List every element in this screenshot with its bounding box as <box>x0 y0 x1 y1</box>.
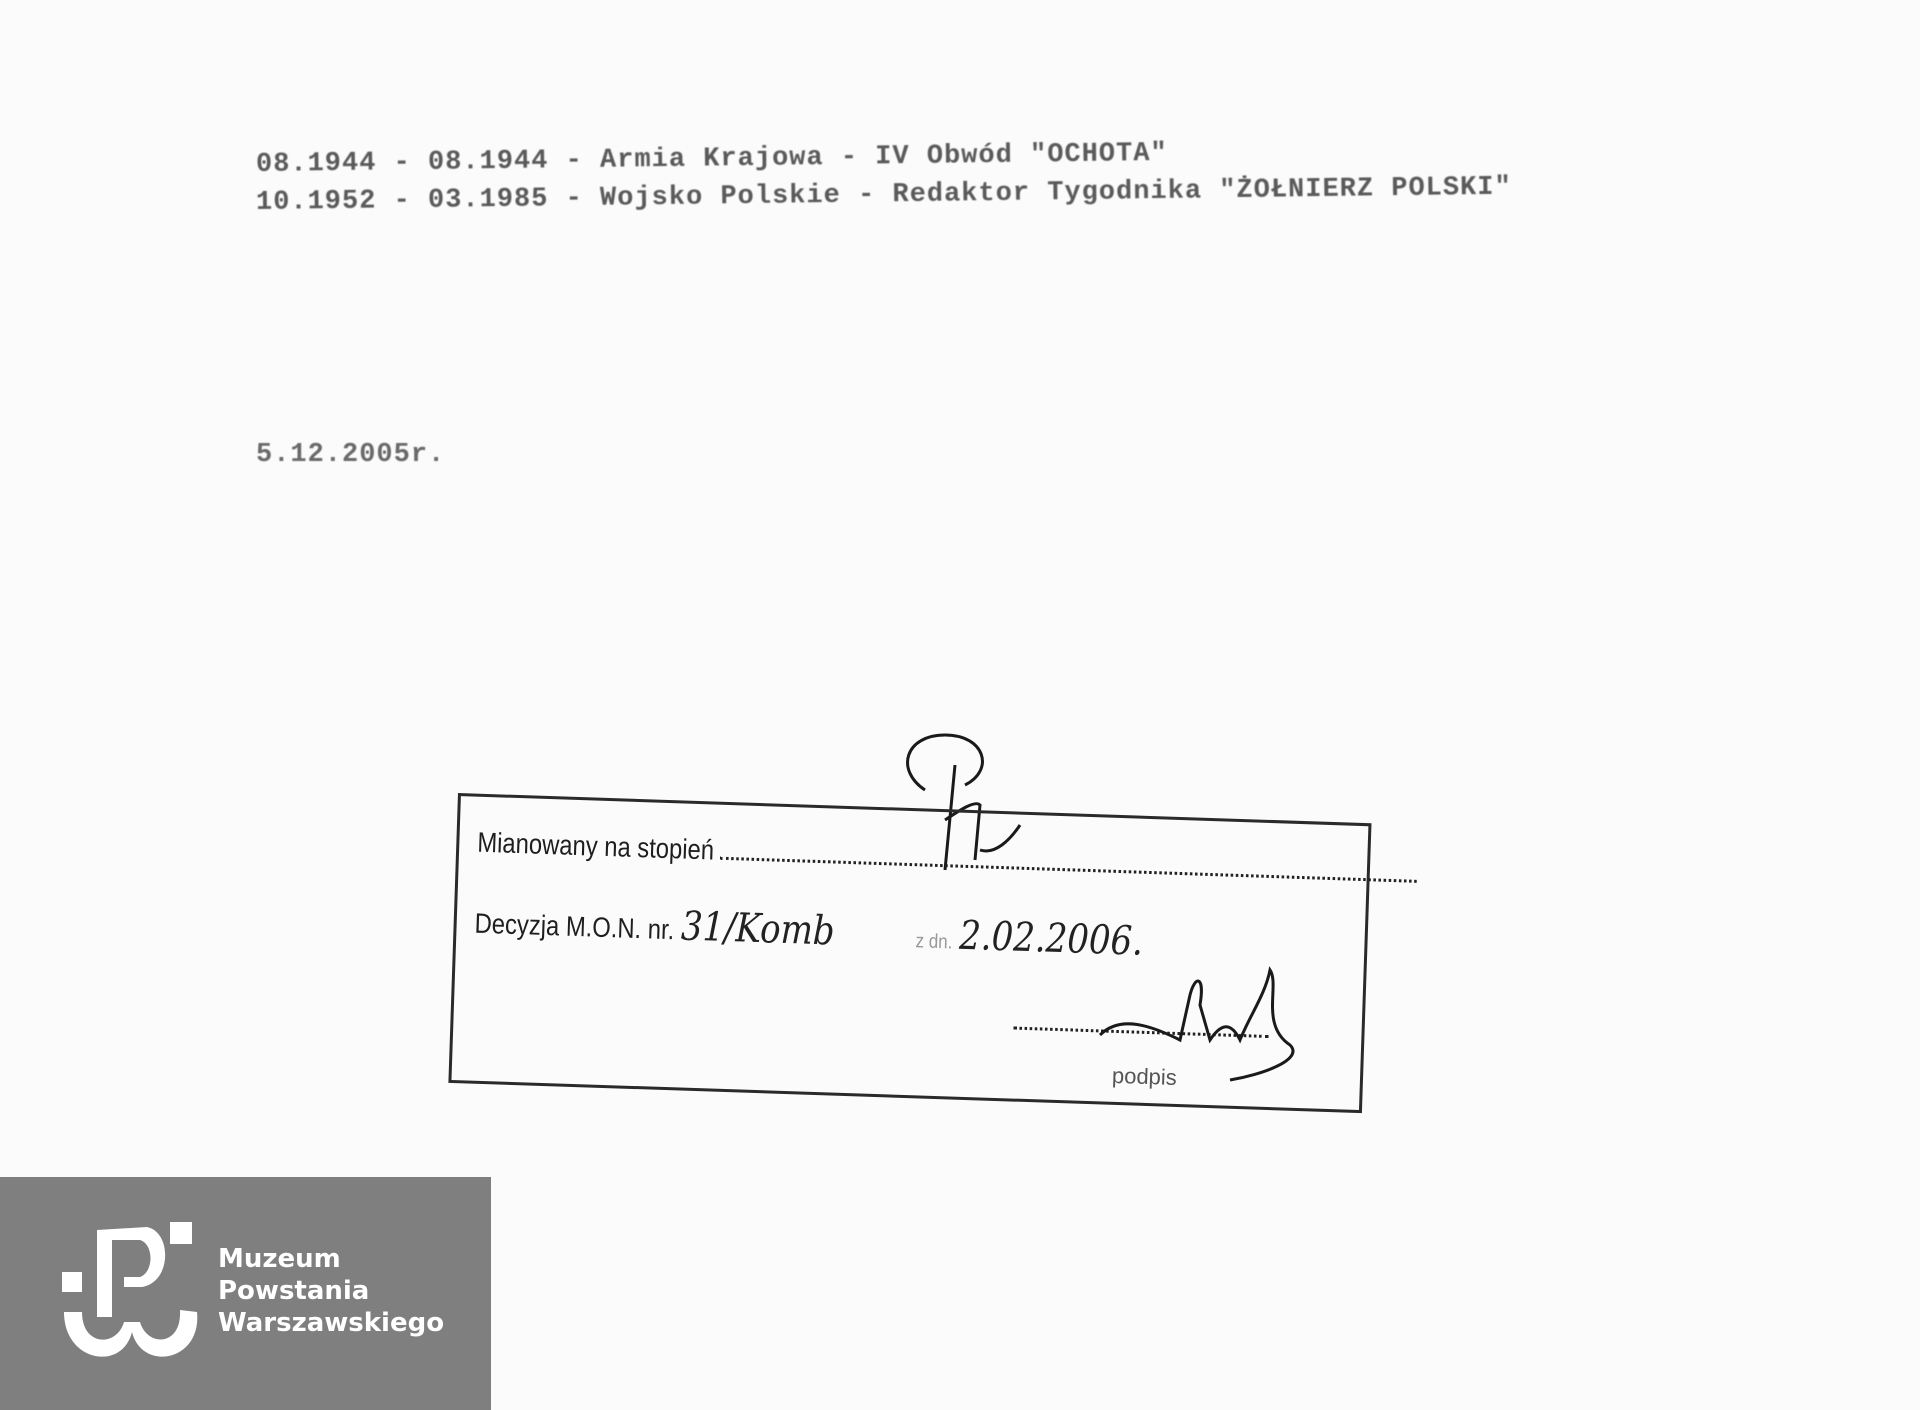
kotwica-anchor-icon <box>62 1222 202 1362</box>
decision-date: 2.02.2006. <box>958 913 1143 965</box>
decision-label: Decyzja M.O.N. nr. <box>474 908 675 946</box>
decision-date-label: z dn. <box>915 930 953 953</box>
museum-name: Muzeum Powstania Warszawskiego <box>218 1243 444 1339</box>
rank-label: Mianowany na stopień <box>477 827 715 866</box>
museum-logo-panel: Muzeum Powstania Warszawskiego <box>0 1177 491 1410</box>
logo-line2: Powstania <box>218 1275 444 1307</box>
decision-row: Decyzja M.O.N. nr. 31/Komb z dn. 2.02.20… <box>474 897 1144 965</box>
logo-line1: Muzeum <box>218 1243 444 1275</box>
service-line-wp: 10.1952 - 03.1985 - Wojsko Polskie - Red… <box>256 173 1512 218</box>
document-date: 5.12.2005r. <box>256 440 445 470</box>
handwritten-signature-icon <box>1090 965 1310 1095</box>
rank-dotted-line <box>720 853 1417 883</box>
decision-number: 31/Komb <box>680 903 835 954</box>
logo-line3: Warszawskiego <box>218 1307 444 1339</box>
service-line-ak: 08.1944 - 08.1944 - Armia Krajowa - IV O… <box>256 139 1168 180</box>
rank-row: Mianowany na stopień <box>477 827 1418 890</box>
